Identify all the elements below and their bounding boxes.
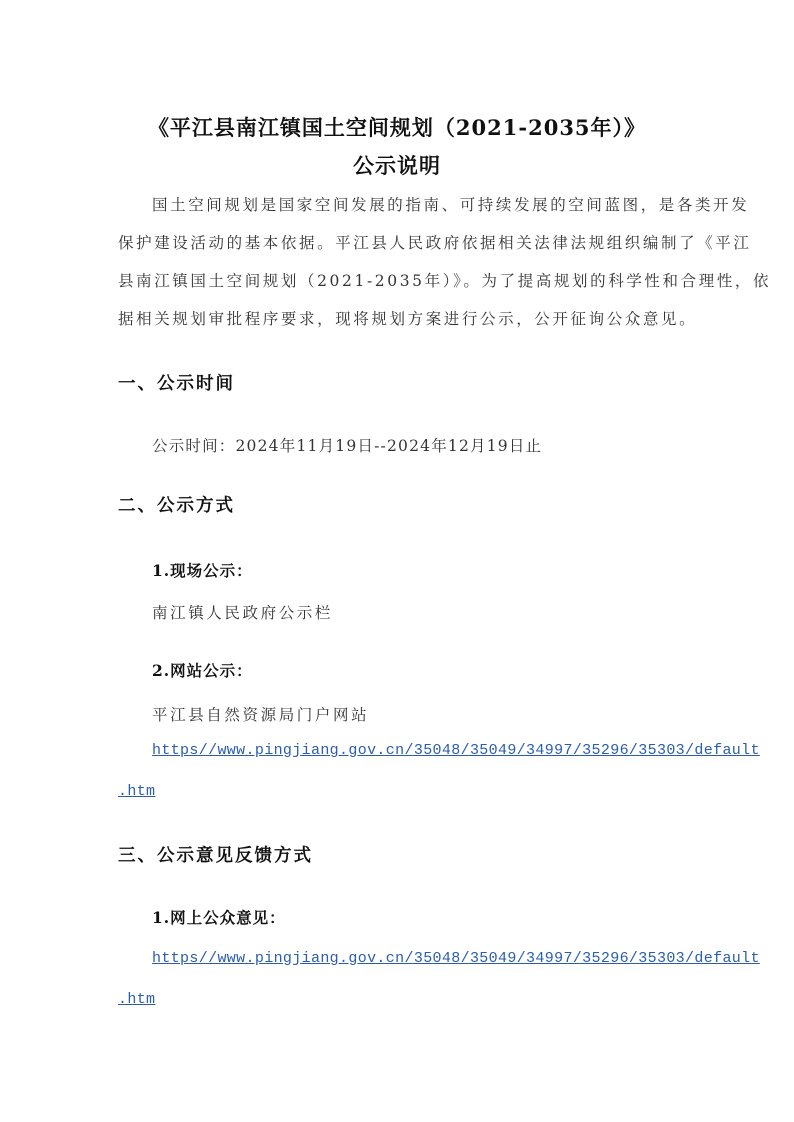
website-notice-label: 2.网站公示： xyxy=(152,659,253,681)
intro-line: 县南江镇国土空间规划（2021-2035年）》。为了提高规划的科学性和合理性，依 xyxy=(118,269,771,291)
intro-line: 保护建设活动的基本依据。平江县人民政府依据相关法律法规组织编制了《平江 xyxy=(118,231,752,253)
website-name: 平江县自然资源局门户网站 xyxy=(152,703,369,725)
online-feedback-label: 1.网上公众意见： xyxy=(152,906,286,928)
section-heading-feedback: 三、公示意见反馈方式 xyxy=(118,842,313,867)
notice-period-text: 公示时间：2024年11月19日--2024年12月19日止 xyxy=(152,434,542,456)
section-heading-time: 一、公示时间 xyxy=(118,370,235,395)
intro-line: 据相关规划审批程序要求，现将规划方案进行公示，公开征询公众意见。 xyxy=(118,307,697,329)
website-notice-link[interactable]: https//www.pingjiang.gov.cn/35048/35049/… xyxy=(152,742,760,759)
document-title: 《平江县南江镇国土空间规划（2021-2035年）》 xyxy=(0,112,794,142)
website-notice-link-cont[interactable]: .htm xyxy=(118,783,155,800)
online-feedback-link[interactable]: https//www.pingjiang.gov.cn/35048/35049/… xyxy=(152,950,760,967)
onsite-notice-location: 南江镇人民政府公示栏 xyxy=(152,601,333,623)
document-subtitle: 公示说明 xyxy=(0,150,794,180)
onsite-notice-label: 1.现场公示： xyxy=(152,559,253,581)
online-feedback-link-cont[interactable]: .htm xyxy=(118,991,155,1008)
intro-line: 国土空间规划是国家空间发展的指南、可持续发展的空间蓝图，是各类开发 xyxy=(152,193,749,215)
section-heading-method: 二、公示方式 xyxy=(118,492,235,517)
